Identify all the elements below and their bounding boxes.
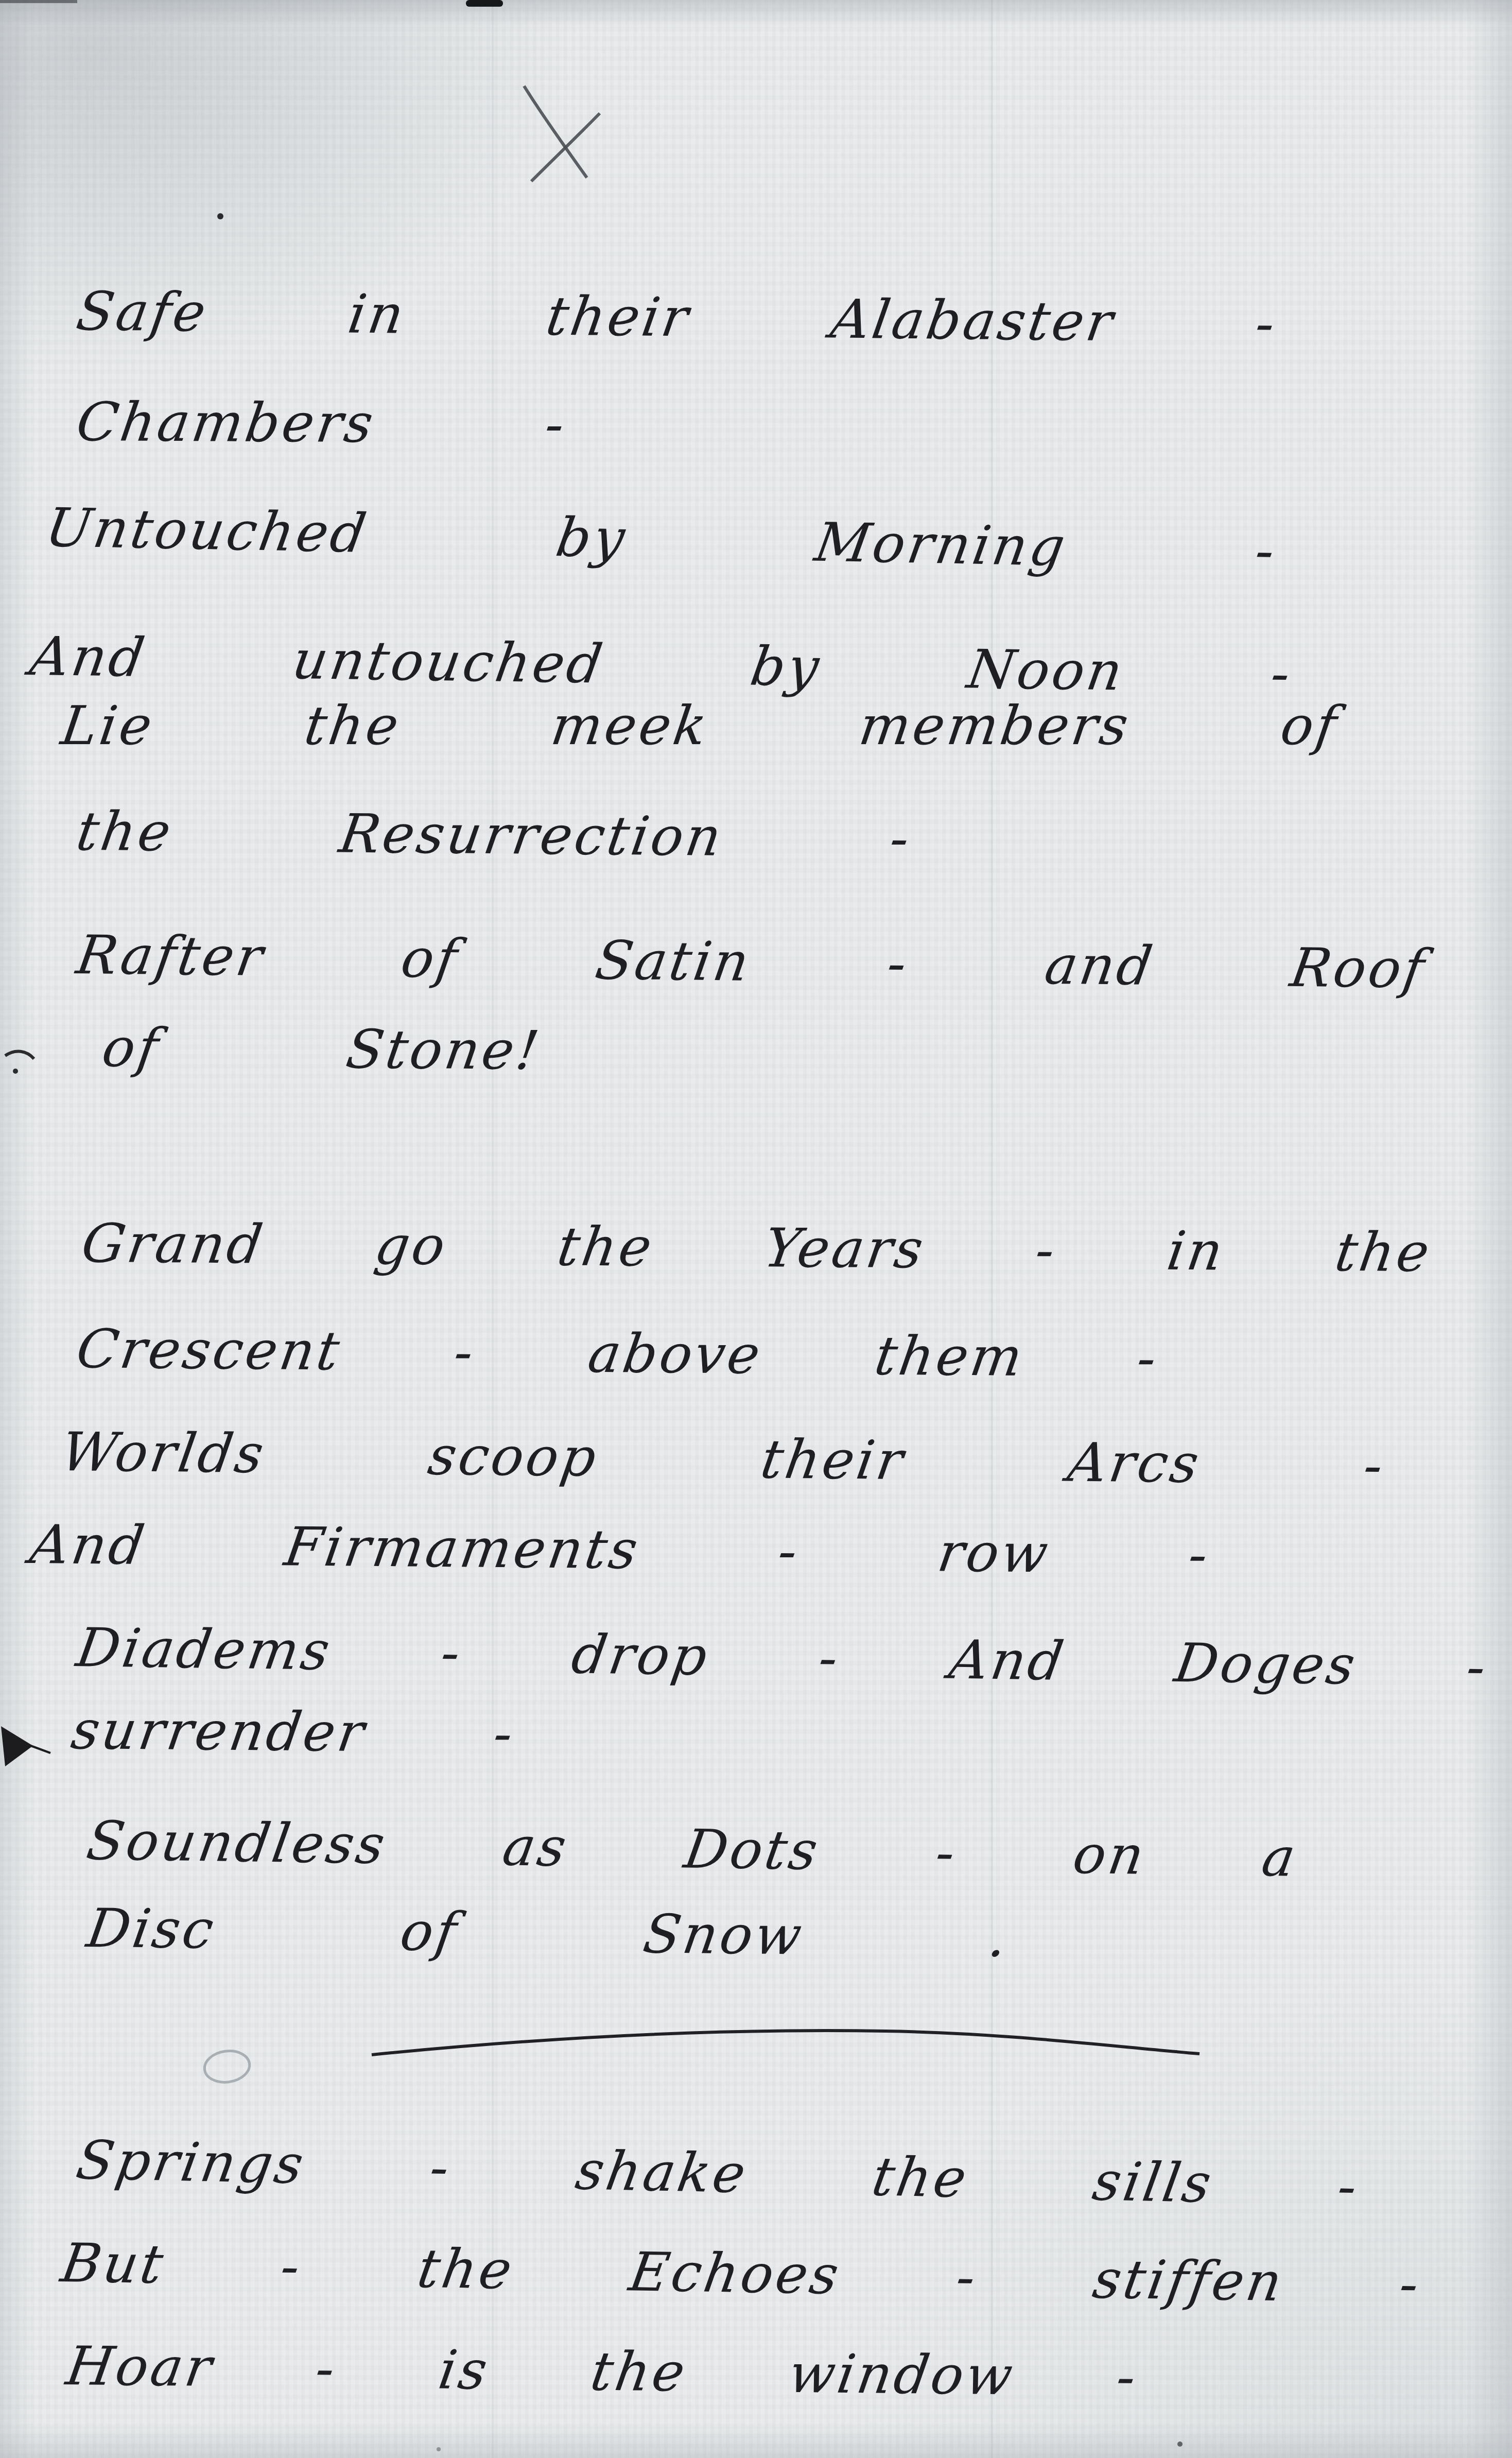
poem-line: Grand go the Years - in the (78, 1213, 1436, 1284)
poem-line: Crescent - above them - (73, 1318, 1163, 1389)
poem-line: the Resurrection - (73, 801, 916, 870)
top-edge-smudge (0, 0, 503, 7)
poem-line: Untouched by Morning - (41, 497, 1281, 582)
ink-dot (217, 213, 223, 219)
pencil-x-mark (524, 86, 600, 181)
poem-line: Safe in their Alabaster - (73, 281, 1281, 355)
poem-line: And Firmaments - row - (26, 1514, 1214, 1586)
poem-line: Diadems - drop - And Doges - (73, 1617, 1492, 1698)
manuscript-page: Safe in their Alabaster - Chambers - Unt… (0, 0, 1512, 2458)
poem-line: Chambers - (73, 391, 570, 455)
bottom-ink-specks (437, 2442, 1183, 2451)
margin-ink-blob (1, 1726, 50, 1766)
poem-line: Rafter of Satin - and Roof (73, 924, 1431, 1000)
poem-line: Springs - shake the sills - (72, 2129, 1364, 2218)
poem-line: Hoar - is the window - (62, 2335, 1142, 2408)
poem-line: of Stone! (98, 1017, 545, 1081)
poem-line: And untouched by Noon - (26, 626, 1297, 705)
poem-line: surrender - (67, 1699, 519, 1765)
poem-line: Disc of Snow . (83, 1898, 1014, 1969)
poem-line: Soundless as Dots - on a (83, 1810, 1302, 1888)
pencil-oval-mark (202, 2048, 251, 2085)
poem-line: Worlds scoop their Arcs - (57, 1421, 1389, 1497)
poem-line: Lie the meek members of (58, 695, 1343, 757)
poem-line: But - the Echoes - stiffen - (57, 2232, 1426, 2315)
stanza-divider (372, 2031, 1200, 2055)
margin-squiggle-mark (5, 1051, 34, 1074)
